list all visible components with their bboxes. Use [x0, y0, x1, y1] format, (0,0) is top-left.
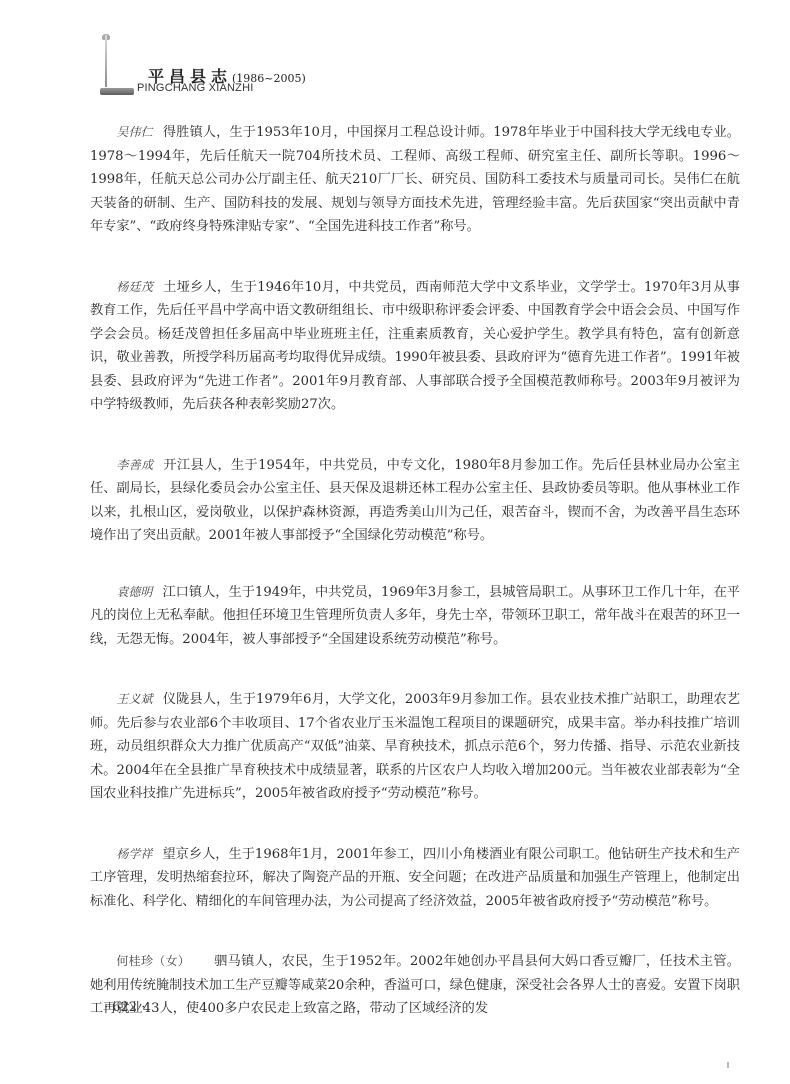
biography-text: 得胜镇人，生于1953年10月，中国探月工程总设计师。1978年毕业于中国科技大…	[90, 125, 740, 234]
header-ornament-bar	[100, 88, 134, 95]
biography-text: 望京乡人，生于1968年1月，2001年参工，四川小角楼酒业有限公司职工。他钻研…	[90, 847, 740, 909]
biography-entry: 杨廷茂土垭乡人，生于1946年10月，中共党员，西南师范大学中文系毕业，文学学士…	[90, 276, 740, 417]
person-name: 李善成	[116, 458, 153, 472]
person-name: 王义斌	[116, 692, 152, 706]
biography-entry: 吴伟仁得胜镇人，生于1953年10月，中国探月工程总设计师。1978年毕业于中国…	[90, 121, 740, 239]
scan-artifact	[727, 1062, 729, 1068]
person-name: 杨学祥	[116, 847, 152, 861]
book-title-pinyin: PINGCHANG XIANZHI	[137, 82, 253, 94]
person-name: 吴伟仁	[116, 125, 152, 139]
biography-text: 江口镇人，生于1949年，中共党员，1969年3月参工，县城管局职工。从事环卫工…	[90, 585, 740, 647]
biography-text: 土垭乡人，生于1946年10月，中共党员，西南师范大学中文系毕业，文学学士。19…	[90, 280, 740, 413]
person-name: 杨廷茂	[116, 280, 153, 294]
biography-text: 仪陇县人，生于1979年6月，大学文化，2003年9月参加工作。县农业技术推广站…	[90, 692, 740, 801]
running-header: 平昌县志(1986~2005) PINGCHANG XIANZHI	[90, 30, 490, 100]
biography-entry: 杨学祥望京乡人，生于1968年1月，2001年参工，四川小角楼酒业有限公司职工。…	[90, 843, 740, 914]
biography-entry: 王义斌仪陇县人，生于1979年6月，大学文化，2003年9月参加工作。县农业技术…	[90, 688, 740, 806]
biography-text: 开江县人，生于1954年，中共党员，中专文化，1980年8月参加工作。先后任县林…	[90, 458, 740, 544]
page-number: · 622 ·	[104, 1000, 145, 1015]
biography-entry: 何桂珍（女）驷马镇人，农民，生于1952年。2002年她创办平昌县何大妈口香豆瓣…	[90, 950, 740, 1021]
person-name: 何桂珍（女）	[116, 954, 190, 968]
person-name: 袁德明	[116, 585, 152, 599]
header-ornament-pole	[105, 35, 107, 87]
biography-entry: 袁德明江口镇人，生于1949年，中共党员，1969年3月参工，县城管局职工。从事…	[90, 581, 740, 652]
biography-list: 吴伟仁得胜镇人，生于1953年10月，中国探月工程总设计师。1978年毕业于中国…	[90, 121, 740, 1021]
biography-entry: 李善成开江县人，生于1954年，中共党员，中专文化，1980年8月参加工作。先后…	[90, 454, 740, 548]
